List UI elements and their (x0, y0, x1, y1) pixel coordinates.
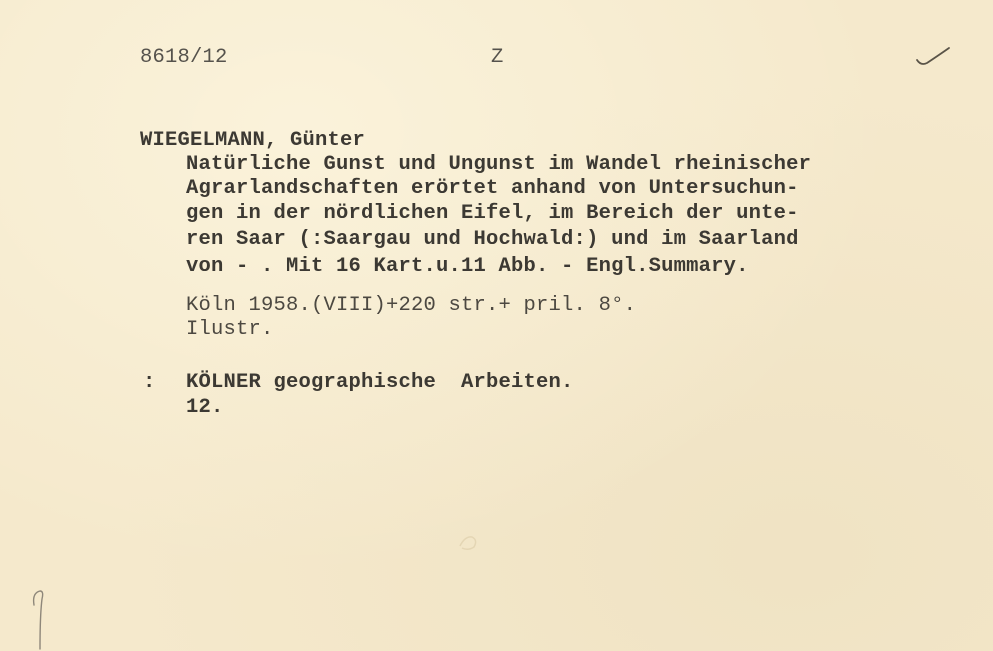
author-heading: WIEGELMANN, Günter (140, 130, 365, 152)
checkmark-icon (915, 40, 955, 70)
title-line: gen in der nördlichen Eifel, im Bereich … (186, 203, 799, 225)
title-line: Agrarlandschaften erörtet anhand von Unt… (186, 178, 799, 200)
title-line: ren Saar (:Saargau und Hochwald:) und im… (186, 229, 799, 251)
title-line: von - . Mit 16 Kart.u.11 Abb. - Engl.Sum… (186, 256, 749, 278)
series-marker: : (143, 372, 156, 394)
catalog-card: 8618/12 Z WIEGELMANN, Günter Natürliche … (0, 0, 993, 651)
call-number: 8618/12 (140, 47, 228, 69)
series-line: 12. (186, 397, 224, 419)
imprint-line: Ilustr. (186, 319, 274, 341)
title-line: Natürliche Gunst und Ungunst im Wandel r… (186, 154, 811, 176)
imprint-line: Köln 1958.(VIII)+220 str.+ pril. 8°. (186, 295, 636, 317)
faint-stamp (456, 532, 482, 554)
series-line: KÖLNER geographische Arbeiten. (186, 372, 574, 394)
location-letter: Z (491, 47, 504, 69)
pencil-mark (28, 585, 52, 651)
